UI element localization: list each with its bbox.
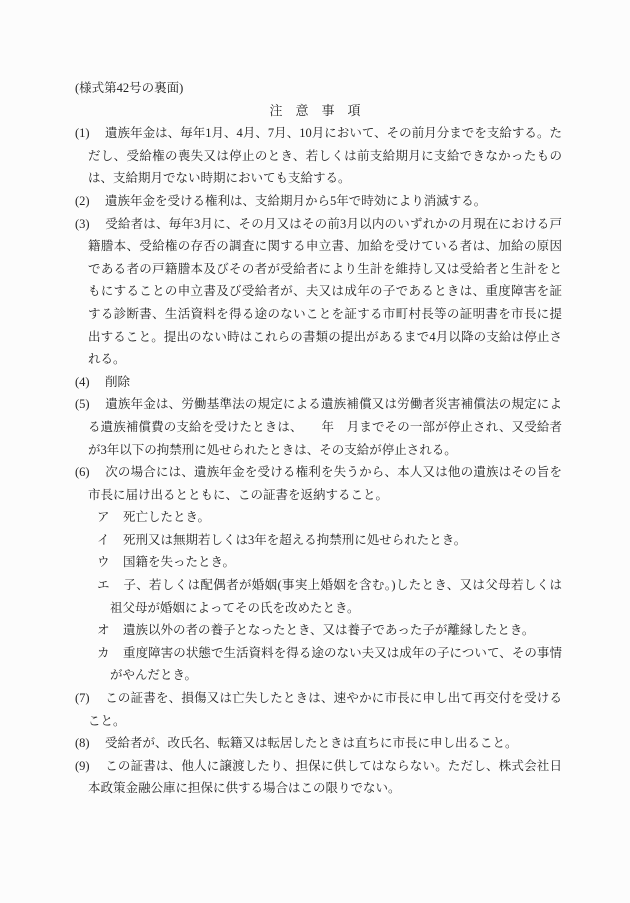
notice-item-2: (2)遺族年金を受ける権利は、支給期月から5年で時効により消滅する。 bbox=[88, 190, 562, 213]
item-text: この証書は、他人に譲渡したり、担保に供してはならない。ただし、株式会社日本政策金… bbox=[88, 759, 562, 796]
notice-item-9: (9)この証書は、他人に譲渡したり、担保に供してはならない。ただし、株式会社日本… bbox=[88, 755, 562, 800]
item-text: 削除 bbox=[105, 375, 130, 389]
subitem-text: 死亡したとき。 bbox=[123, 510, 210, 524]
notice-subitem-o: オ遺族以外の者の養子となったとき、又は養子であった子が離縁したとき。 bbox=[110, 619, 562, 642]
item-number: (4) bbox=[75, 371, 105, 394]
notice-subitem-ka: カ重度障害の状態で生活資料を得る途のない夫又は成年の子について、その事情がやんだ… bbox=[110, 642, 562, 687]
notice-subitem-e: エ子、若しくは配偶者が婚姻(事実上婚姻を含む。)したとき、又は父母若しくは祖父母… bbox=[110, 574, 562, 619]
notice-item-1: (1)遺族年金は、毎年1月、4月、7月、10月において、その前月分までを支給する… bbox=[88, 122, 562, 190]
notice-item-7: (7)この証書を、損傷又は亡失したときは、速やかに市長に申し出て再交付を受けるこ… bbox=[88, 687, 562, 732]
subitem-text: 死刑又は無期若しくは3年を超える拘禁刑に処せられたとき。 bbox=[123, 533, 466, 547]
item-number: (8) bbox=[75, 732, 105, 755]
item-number: (1) bbox=[75, 122, 105, 145]
subitem-number: カ bbox=[97, 642, 123, 665]
notice-subitem-u: ウ国籍を失ったとき。 bbox=[110, 551, 562, 574]
form-number-note: (様式第42号の裏面) bbox=[75, 77, 630, 100]
item-number: (9) bbox=[75, 755, 105, 778]
notice-subitem-a: ア死亡したとき。 bbox=[110, 506, 562, 529]
subitem-number: ア bbox=[97, 506, 123, 529]
item-number: (6) bbox=[75, 461, 105, 484]
page-title: 注 意 事 項 bbox=[0, 100, 630, 123]
item-number: (5) bbox=[75, 393, 105, 416]
notice-subitem-i: イ死刑又は無期若しくは3年を超える拘禁刑に処せられたとき。 bbox=[110, 529, 562, 552]
notice-document-page: (様式第42号の裏面) 注 意 事 項 (1)遺族年金は、毎年1月、4月、7月、… bbox=[0, 0, 630, 903]
item-text: 遺族年金は、労働基準法の規定による遺族補償又は労働者災害補償法の規定による遺族補… bbox=[88, 397, 562, 456]
notice-item-3: (3)受給者は、毎年3月に、その月又はその前3月以内のいずれかの月現在における戸… bbox=[88, 213, 562, 371]
item-text: 次の場合には、遺族年金を受ける権利を失うから、本人又は他の遺族はその旨を市長に届… bbox=[88, 465, 562, 502]
notice-item-5: (5)遺族年金は、労働基準法の規定による遺族補償又は労働者災害補償法の規定による… bbox=[88, 393, 562, 461]
subitem-number: ウ bbox=[97, 551, 123, 574]
item-text: 受給者は、毎年3月に、その月又はその前3月以内のいずれかの月現在における戸籍謄本… bbox=[88, 217, 562, 367]
item-number: (7) bbox=[75, 687, 105, 710]
subitem-text: 遺族以外の者の養子となったとき、又は養子であった子が離縁したとき。 bbox=[123, 623, 534, 637]
subitem-number: イ bbox=[97, 529, 123, 552]
item-text: この証書を、損傷又は亡失したときは、速やかに市長に申し出て再交付を受けること。 bbox=[88, 691, 562, 728]
subitem-number: エ bbox=[97, 574, 123, 597]
notice-item-4: (4)削除 bbox=[88, 371, 562, 394]
notice-item-6: (6)次の場合には、遺族年金を受ける権利を失うから、本人又は他の遺族はその旨を市… bbox=[88, 461, 562, 506]
subitem-text: 重度障害の状態で生活資料を得る途のない夫又は成年の子について、その事情がやんだと… bbox=[110, 646, 562, 683]
item-number: (3) bbox=[75, 213, 105, 236]
subitem-text: 国籍を失ったとき。 bbox=[123, 555, 235, 569]
item-text: 遺族年金を受ける権利は、支給期月から5年で時効により消滅する。 bbox=[105, 194, 486, 208]
notice-item-8: (8)受給者が、改氏名、転籍又は転居したときは直ちに市長に申し出ること。 bbox=[88, 732, 562, 755]
item-number: (2) bbox=[75, 190, 105, 213]
item-text: 遺族年金は、毎年1月、4月、7月、10月において、その前月分までを支給する。ただ… bbox=[88, 126, 562, 185]
item-text: 受給者が、改氏名、転籍又は転居したときは直ちに市長に申し出ること。 bbox=[105, 736, 518, 750]
subitem-number: オ bbox=[97, 619, 123, 642]
subitem-text: 子、若しくは配偶者が婚姻(事実上婚姻を含む。)したとき、又は父母若しくは祖父母が… bbox=[110, 578, 562, 615]
